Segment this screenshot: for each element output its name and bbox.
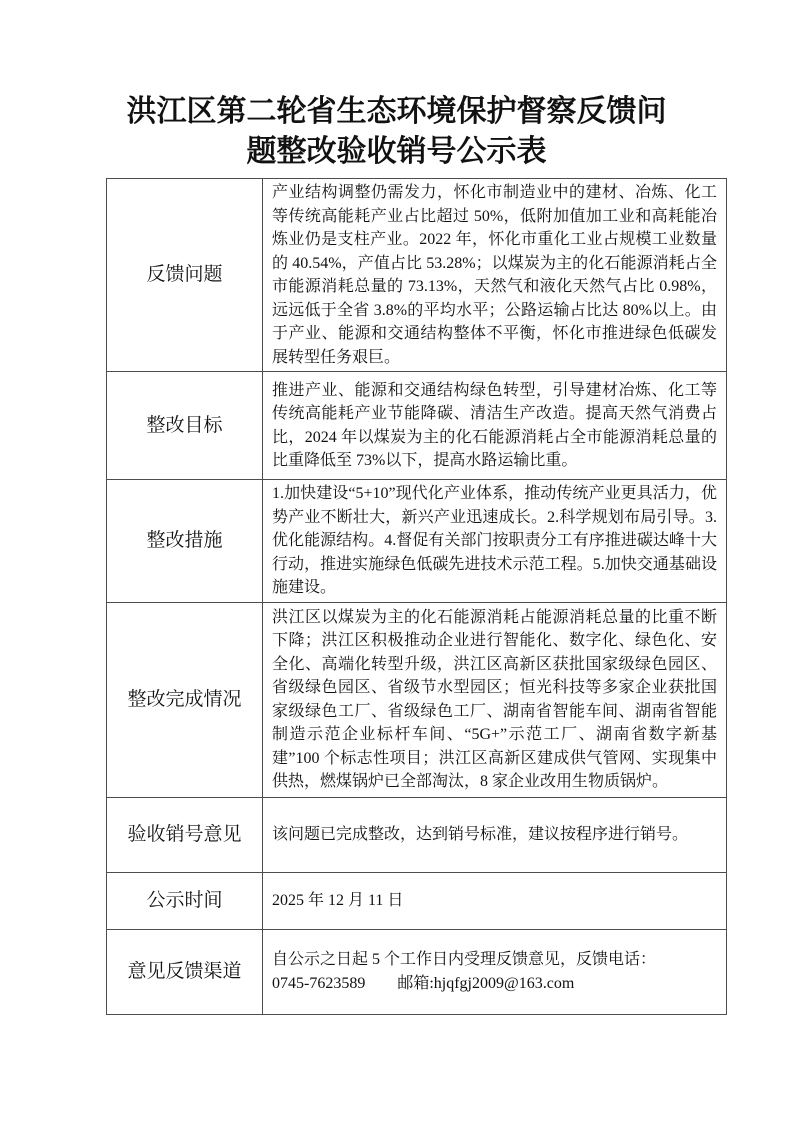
table-row-feedback-issue: 反馈问题 产业结构调整仍需发力，怀化市制造业中的建材、冶炼、化工等传统高能耗产业… [107, 179, 727, 372]
publicity-table: 反馈问题 产业结构调整仍需发力，怀化市制造业中的建材、冶炼、化工等传统高能耗产业… [106, 178, 727, 1015]
row-label-feedback-issue: 反馈问题 [107, 179, 263, 372]
row-content-rectification-measures: 1.加快建设“5+10”现代化产业体系，推动传统产业更具活力，优势产业不断壮大，… [263, 480, 727, 603]
row-label-rectification-goal: 整改目标 [107, 372, 263, 480]
table-row-acceptance-opinion: 验收销号意见 该问题已完成整改，达到销号标准，建议按程序进行销号。 [107, 797, 727, 872]
row-content-rectification-goal: 推进产业、能源和交通结构绿色转型，引导建材冶炼、化工等传统高能耗产业节能降碳、清… [263, 372, 727, 480]
row-label-publicity-date: 公示时间 [107, 872, 263, 929]
table-row-rectification-goal: 整改目标 推进产业、能源和交通结构绿色转型，引导建材冶炼、化工等传统高能耗产业节… [107, 372, 727, 480]
table-row-feedback-channel: 意见反馈渠道 自公示之日起 5 个工作日内受理反馈意见，反馈电话： 0745-7… [107, 929, 727, 1014]
row-content-acceptance-opinion: 该问题已完成整改，达到销号标准，建议按程序进行销号。 [263, 797, 727, 872]
row-label-feedback-channel: 意见反馈渠道 [107, 929, 263, 1014]
page-title: 洪江区第二轮省生态环境保护督察反馈问题整改验收销号公示表 [121, 92, 673, 172]
table-row-rectification-measures: 整改措施 1.加快建设“5+10”现代化产业体系，推动传统产业更具活力，优势产业… [107, 480, 727, 603]
row-label-acceptance-opinion: 验收销号意见 [107, 797, 263, 872]
page-title-container: 洪江区第二轮省生态环境保护督察反馈问题整改验收销号公示表 [0, 92, 793, 172]
row-content-completion-status: 洪江区以煤炭为主的化石能源消耗占能源消耗总量的比重不断下降；洪江区积极推动企业进… [263, 602, 727, 797]
row-content-feedback-channel: 自公示之日起 5 个工作日内受理反馈意见，反馈电话： 0745-7623589 … [263, 929, 727, 1014]
row-label-rectification-measures: 整改措施 [107, 480, 263, 603]
table-row-publicity-date: 公示时间 2025 年 12 月 11 日 [107, 872, 727, 929]
row-content-publicity-date: 2025 年 12 月 11 日 [263, 872, 727, 929]
table-row-completion-status: 整改完成情况 洪江区以煤炭为主的化石能源消耗占能源消耗总量的比重不断下降；洪江区… [107, 602, 727, 797]
row-label-completion-status: 整改完成情况 [107, 602, 263, 797]
row-content-feedback-issue: 产业结构调整仍需发力，怀化市制造业中的建材、冶炼、化工等传统高能耗产业占比超过 … [263, 179, 727, 372]
